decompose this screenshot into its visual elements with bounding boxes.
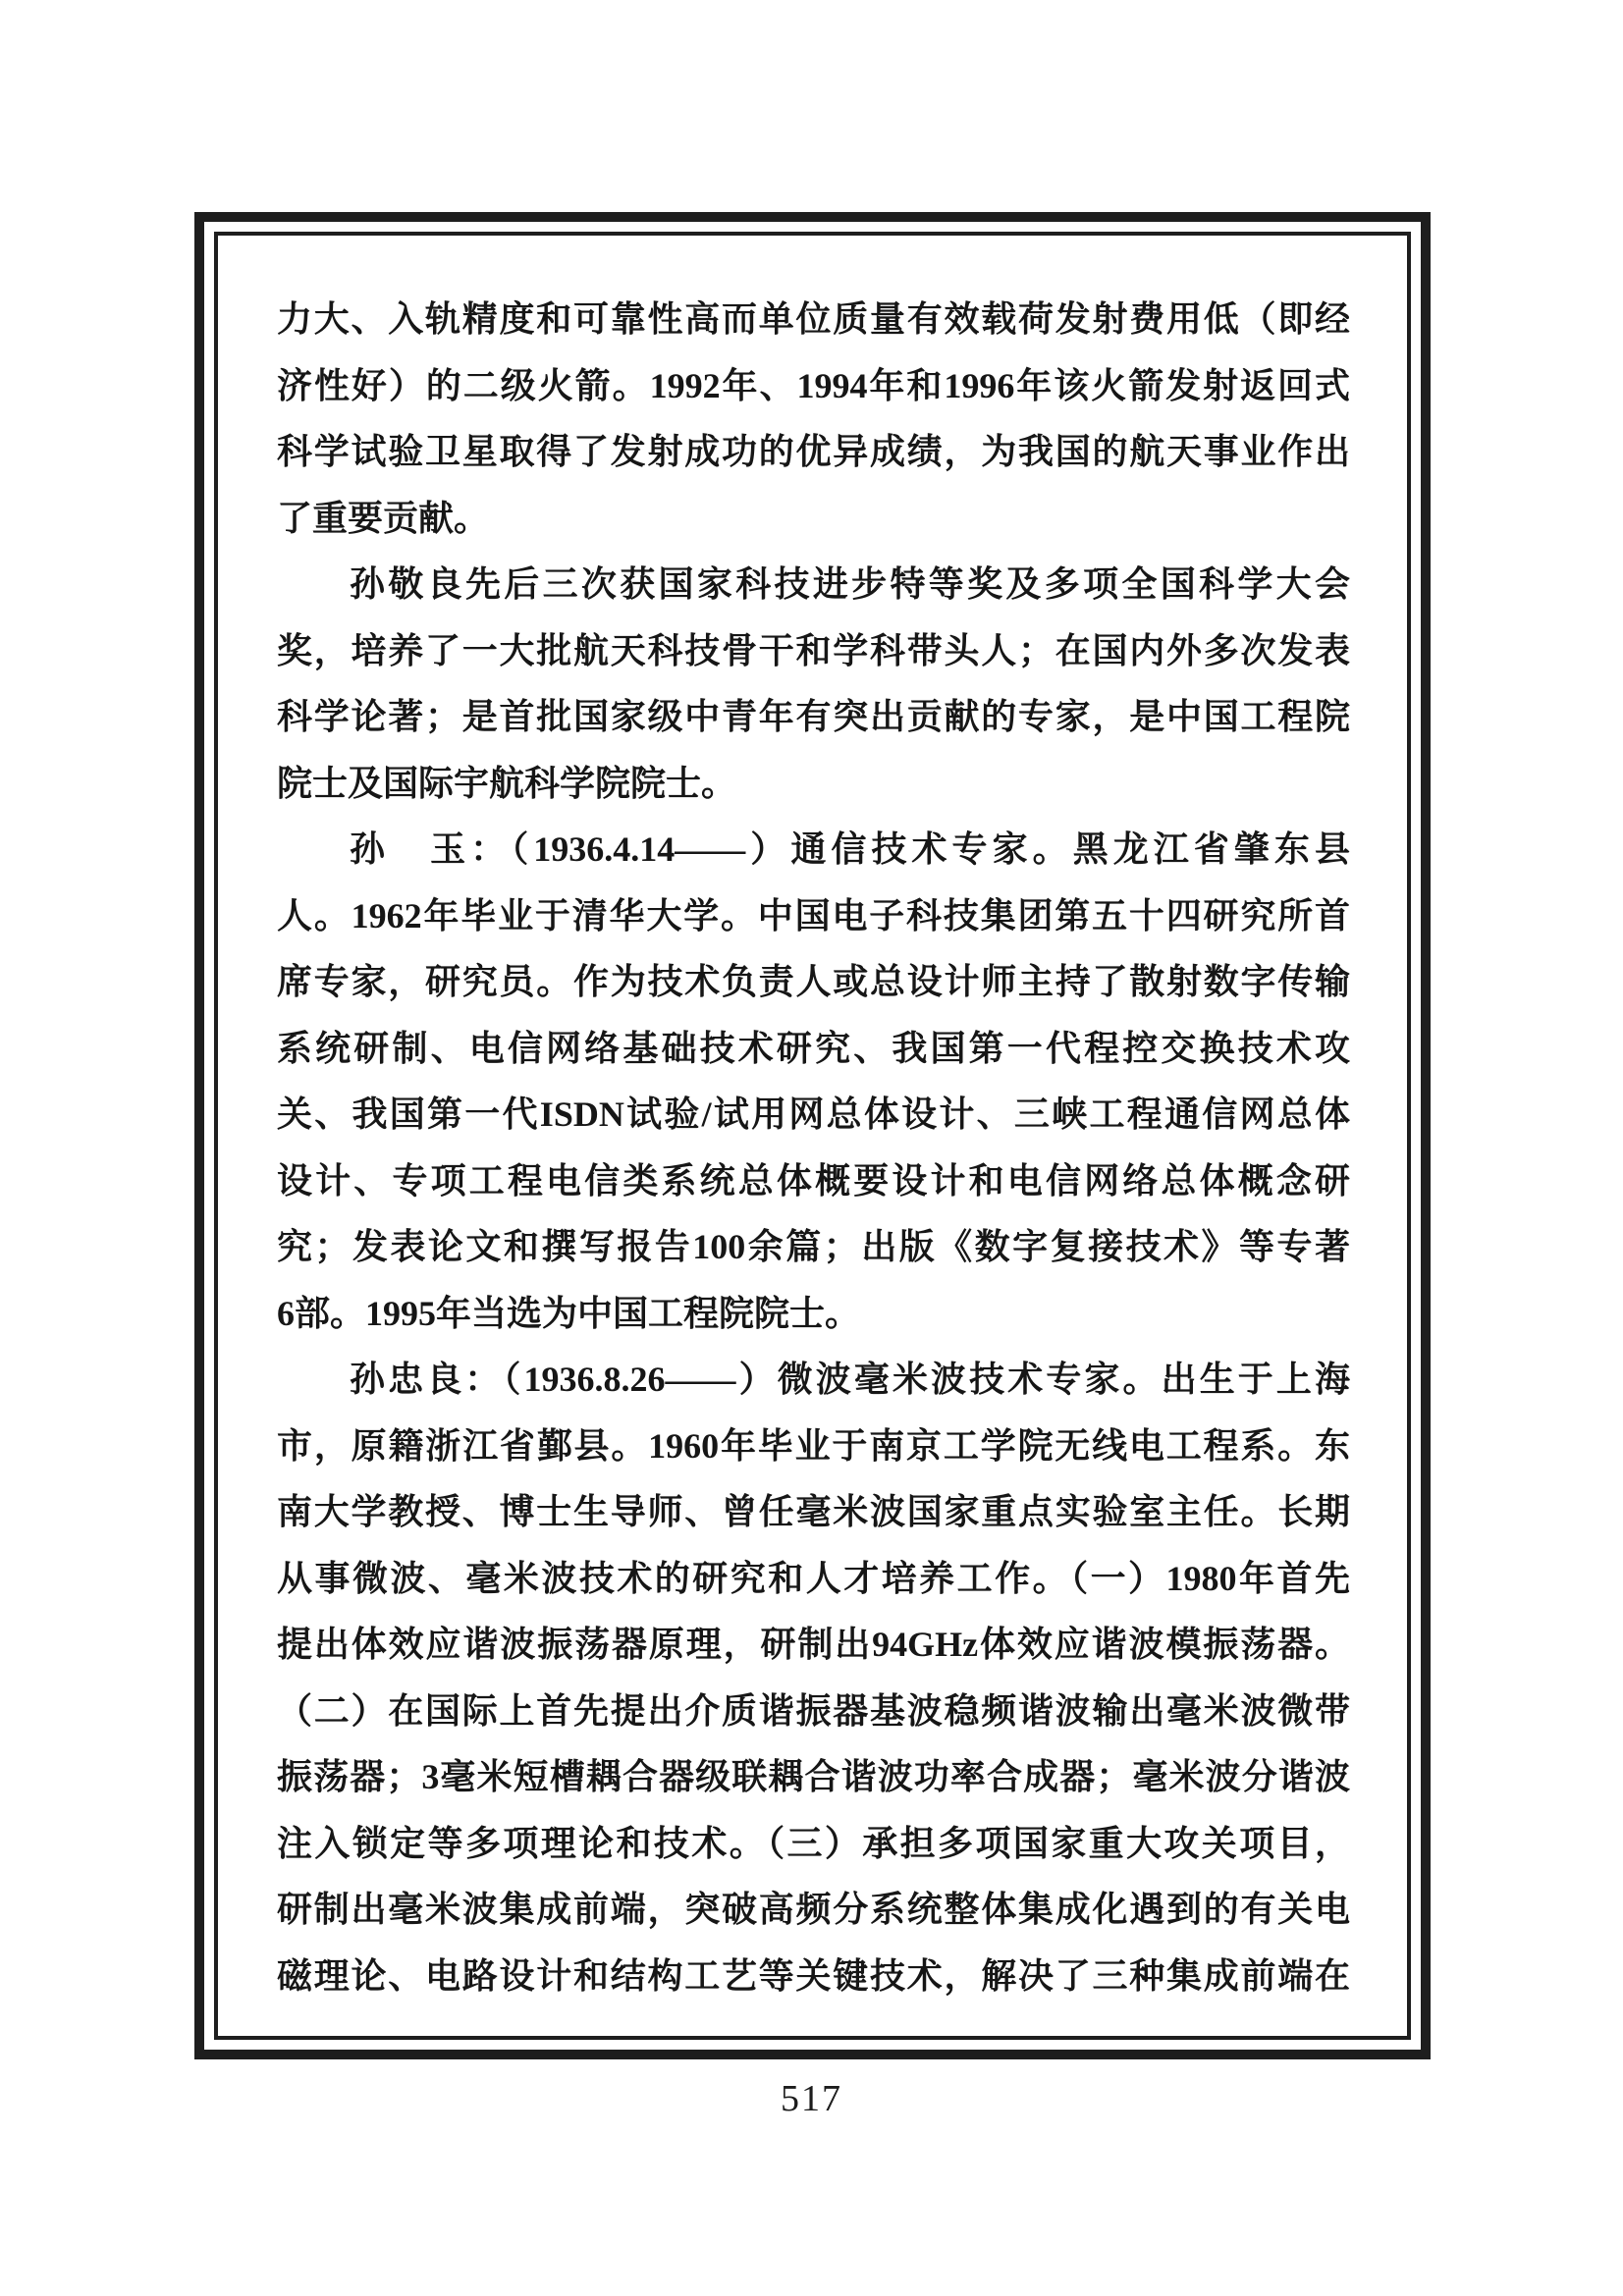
text-line: 磁理论、电路设计和结构工艺等关键技术，解决了三种集成前端在 <box>277 1944 1350 2010</box>
page-outer-border: 力大、入轨精度和可靠性高而单位质量有效载荷发射费用低（即经 济性好）的二级火箭。… <box>194 212 1431 2059</box>
text-line: 孙忠良：（1936.8.26——）微波毫米波技术专家。出生于上海 <box>277 1347 1350 1414</box>
text-line: 南大学教授、博士生导师、曾任毫米波国家重点实验室主任。长期 <box>277 1479 1350 1546</box>
page-text-block: 力大、入轨精度和可靠性高而单位质量有效载荷发射费用低（即经 济性好）的二级火箭。… <box>277 287 1350 2036</box>
text-line: 力大、入轨精度和可靠性高而单位质量有效载荷发射费用低（即经 <box>277 287 1350 353</box>
text-line: 奖，培养了一大批航天科技骨干和学科带头人；在国内外多次发表 <box>277 618 1350 685</box>
text-line: 科学试验卫星取得了发射成功的优异成绩，为我国的航天事业作出 <box>277 419 1350 486</box>
text-line: （二）在国际上首先提出介质谐振器基波稳频谐波输出毫米波微带 <box>277 1679 1350 1745</box>
text-line: 研制出毫米波集成前端，突破高频分系统整体集成化遇到的有关电 <box>277 1877 1350 1944</box>
text-line: 系统研制、电信网络基础技术研究、我国第一代程控交换技术攻 <box>277 1016 1350 1083</box>
text-line: 科学论著；是首批国家级中青年有突出贡献的专家，是中国工程院 <box>277 684 1350 751</box>
page-inner-border: 力大、入轨精度和可靠性高而单位质量有效载荷发射费用低（即经 济性好）的二级火箭。… <box>214 232 1411 2040</box>
text-line: 孙 玉：（1936.4.14——）通信技术专家。黑龙江省肇东县 <box>277 817 1350 883</box>
text-line: 人。1962年毕业于清华大学。中国电子科技集团第五十四研究所首 <box>277 883 1350 950</box>
text-line: 提出体效应谐波振荡器原理，研制出94GHz体效应谐波模振荡器。 <box>277 1612 1350 1679</box>
text-line: 市，原籍浙江省鄞县。1960年毕业于南京工学院无线电工程系。东 <box>277 1414 1350 1480</box>
text-line: 究；发表论文和撰写报告100余篇；出版《数字复接技术》等专著 <box>277 1214 1350 1281</box>
text-line: 关、我国第一代ISDN试验/试用网总体设计、三峡工程通信网总体 <box>277 1082 1350 1148</box>
page-number: 517 <box>0 2077 1623 2120</box>
text-line: 设计、专项工程电信类系统总体概要设计和电信网络总体概念研 <box>277 1148 1350 1215</box>
text-line: 孙敬良先后三次获国家科技进步特等奖及多项全国科学大会 <box>277 552 1350 618</box>
text-line: 6部。1995年当选为中国工程院院士。 <box>277 1281 1350 1348</box>
text-line: 济性好）的二级火箭。1992年、1994年和1996年该火箭发射返回式 <box>277 353 1350 420</box>
text-line: 席专家，研究员。作为技术负责人或总设计师主持了散射数字传输 <box>277 949 1350 1016</box>
text-line: 了重要贡献。 <box>277 486 1350 553</box>
text-line: 注入锁定等多项理论和技术。（三）承担多项国家重大攻关项目， <box>277 1811 1350 1878</box>
text-line: 从事微波、毫米波技术的研究和人才培养工作。（一）1980年首先 <box>277 1546 1350 1613</box>
text-line: 院士及国际宇航科学院院士。 <box>277 751 1350 818</box>
text-line: 振荡器；3毫米短槽耦合器级联耦合谐波功率合成器；毫米波分谐波 <box>277 1744 1350 1811</box>
